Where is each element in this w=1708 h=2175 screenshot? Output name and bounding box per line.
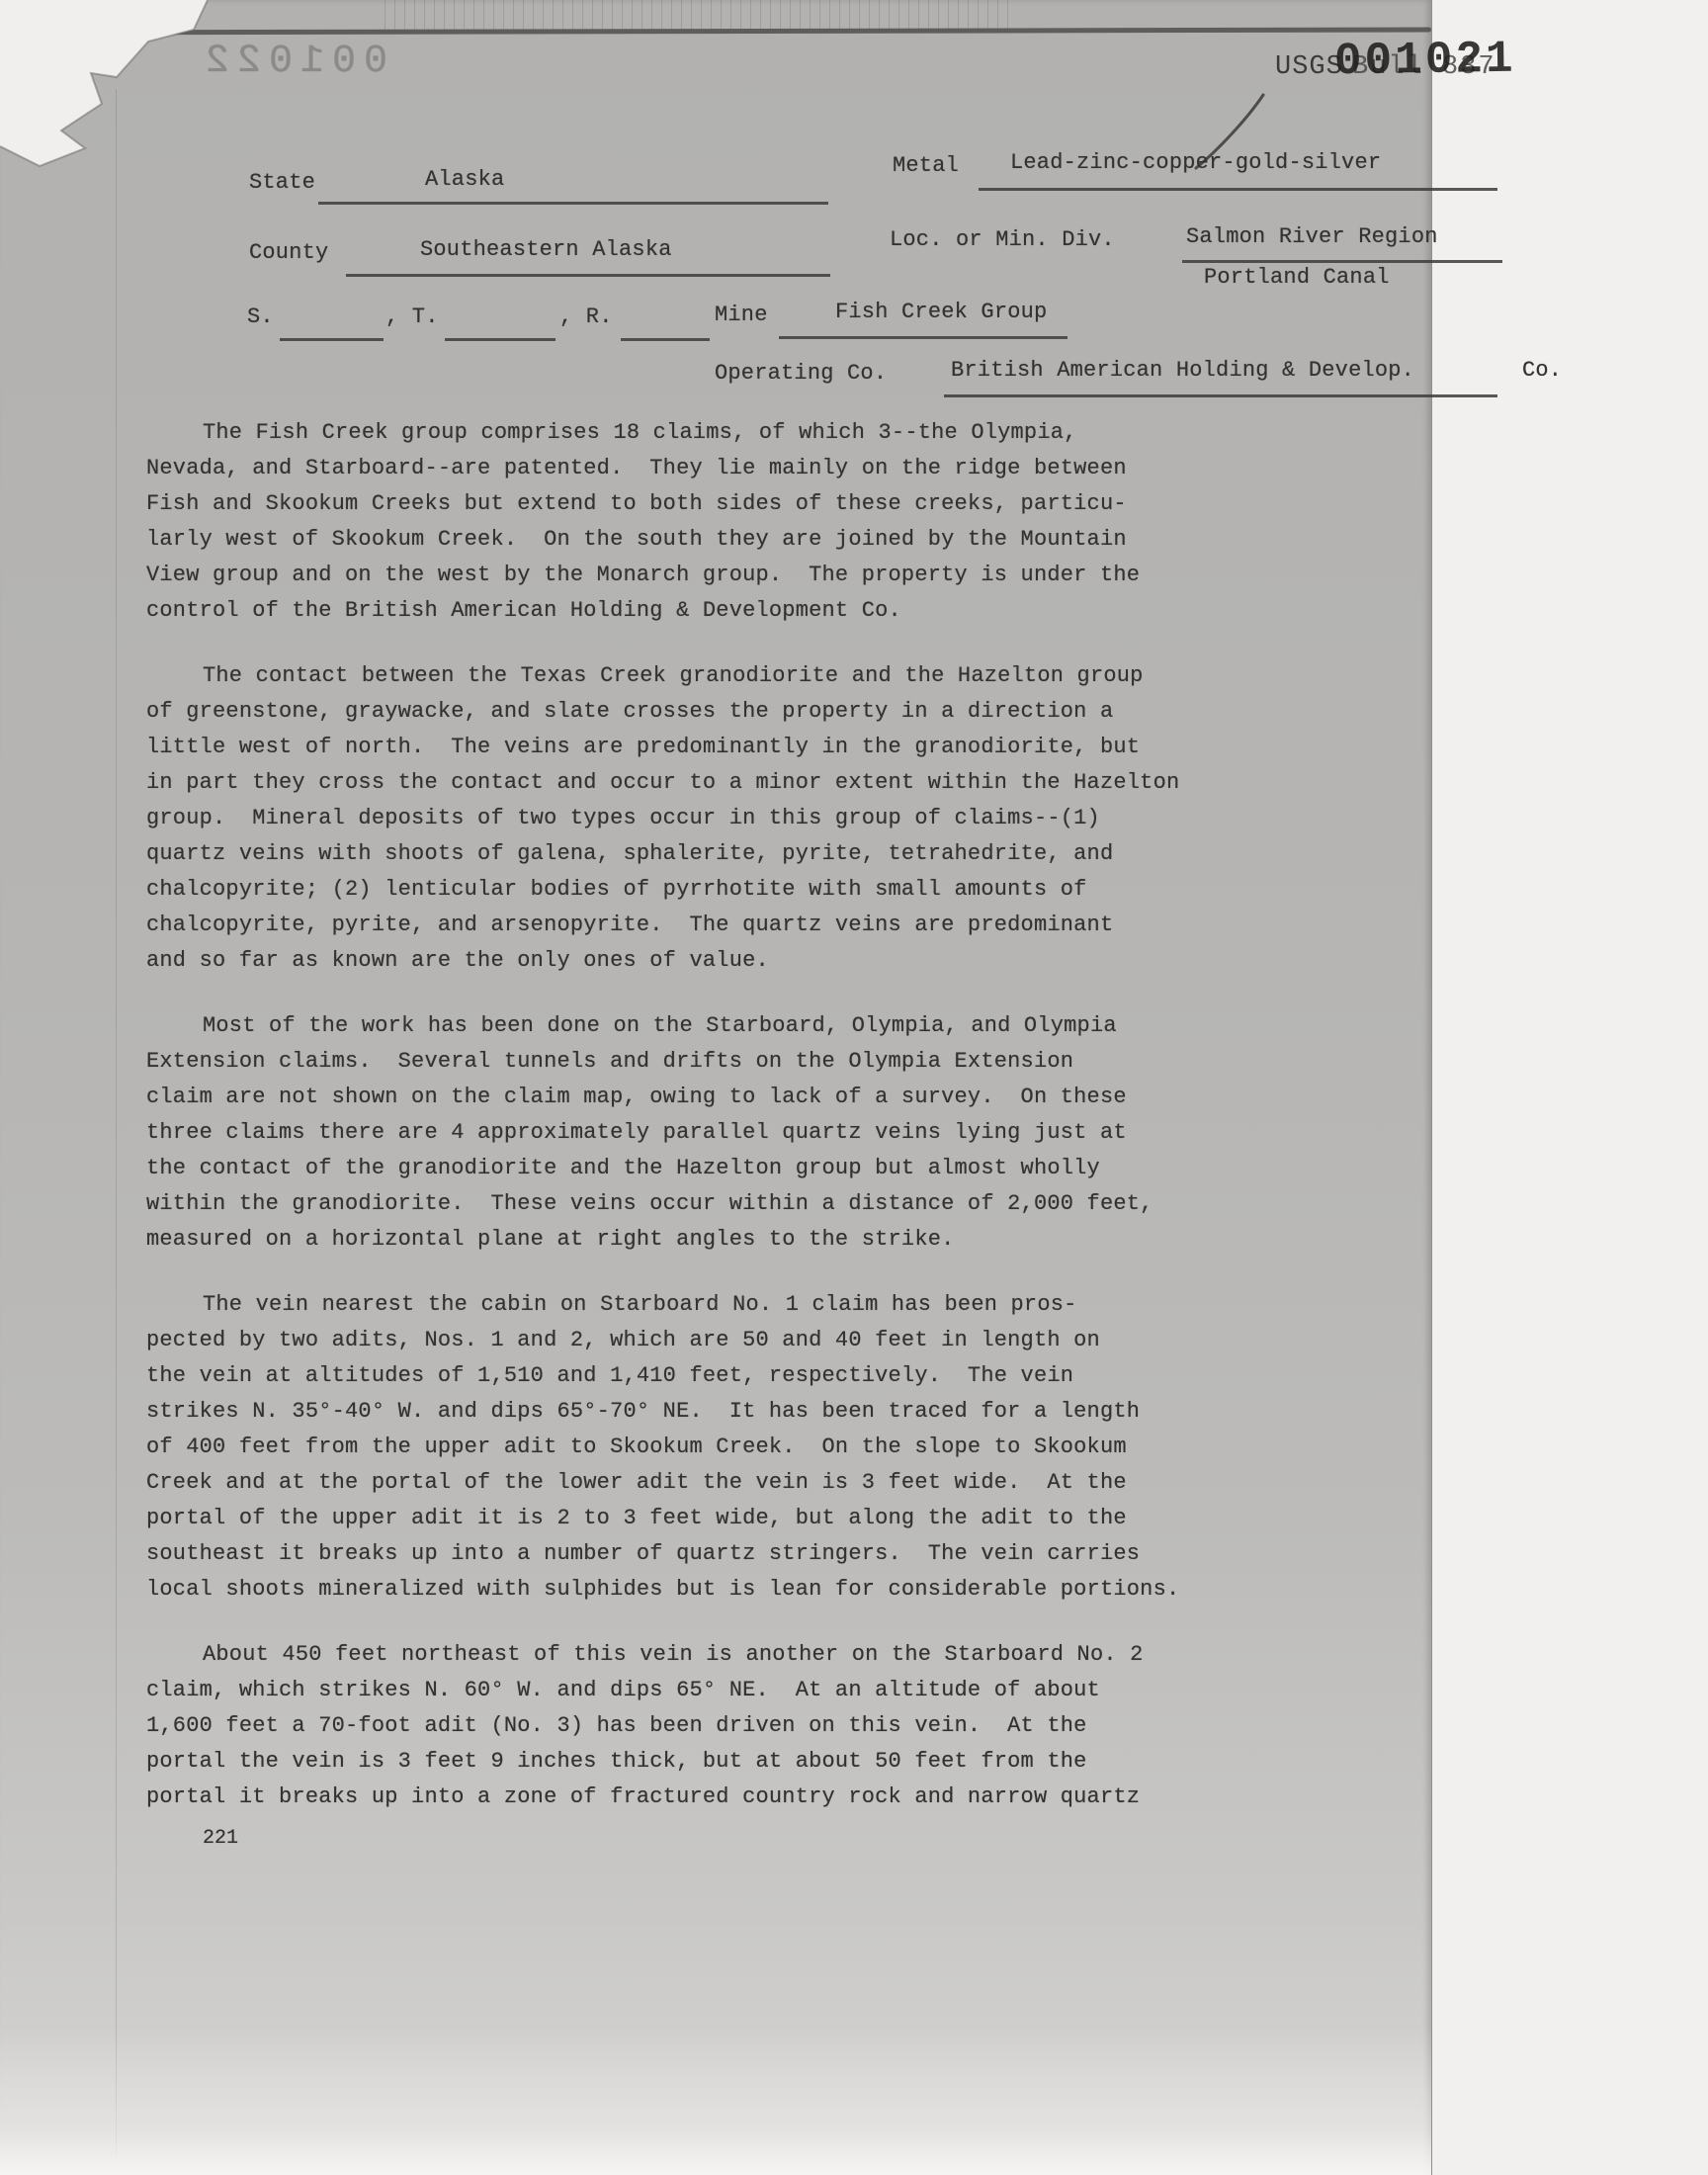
operating-co-value: British American Holding & Develop. (951, 358, 1414, 383)
usgs-stamp: USGS Bull 837 001021 (1275, 44, 1591, 114)
loc-div-value-line2: Portland Canal (1204, 265, 1390, 290)
township-label: , T. (385, 304, 439, 329)
paragraph-3: Most of the work has been done on the St… (146, 1008, 1263, 1258)
scanned-document-page: 001022 USGS Bull 837 001021 State Alaska… (0, 0, 1708, 2175)
torn-corner (0, 0, 227, 188)
paper-fold-line (116, 89, 117, 2155)
state-underline (318, 202, 828, 205)
usgs-stamp-number: 001021 (1334, 34, 1516, 88)
state-label: State (249, 170, 315, 195)
state-value: Alaska (425, 167, 504, 192)
bottom-fade (0, 2027, 1431, 2175)
metal-underline (979, 188, 1497, 191)
county-value: Southeastern Alaska (420, 237, 672, 262)
mirrored-number-stamp: 001022 (198, 40, 387, 84)
paragraph-5: About 450 feet northeast of this vein is… (146, 1637, 1263, 1815)
metal-value: Lead-zinc-copper-gold-silver (1010, 150, 1381, 175)
mine-value: Fish Creek Group (835, 300, 1047, 324)
document-body: The Fish Creek group comprises 18 claims… (146, 415, 1263, 1845)
township-underline (445, 338, 555, 341)
range-label: , R. (559, 304, 613, 329)
county-underline (346, 274, 830, 277)
loc-div-label: Loc. or Min. Div. (890, 227, 1115, 252)
operating-co-label: Operating Co. (715, 361, 887, 386)
loc-div-value: Salmon River Region (1186, 224, 1438, 249)
county-label: County (249, 240, 328, 265)
operating-co-underline (944, 394, 1497, 397)
metal-label: Metal (893, 153, 959, 178)
paragraph-1: The Fish Creek group comprises 18 claims… (146, 415, 1263, 629)
mine-label: Mine (715, 303, 768, 327)
section-label: S. (247, 304, 274, 329)
scanner-streaks (376, 0, 1008, 30)
paragraph-4: The vein nearest the cabin on Starboard … (146, 1287, 1263, 1608)
page-number: 221 (203, 1827, 238, 1850)
paragraph-2: The contact between the Texas Creek gran… (146, 658, 1263, 979)
mine-underline (779, 336, 1067, 339)
section-underline (280, 338, 384, 341)
range-underline (621, 338, 710, 341)
loc-div-underline (1182, 260, 1502, 263)
usgs-stamp-label: USGS (1275, 52, 1343, 82)
operating-co-suffix: Co. (1522, 358, 1562, 383)
